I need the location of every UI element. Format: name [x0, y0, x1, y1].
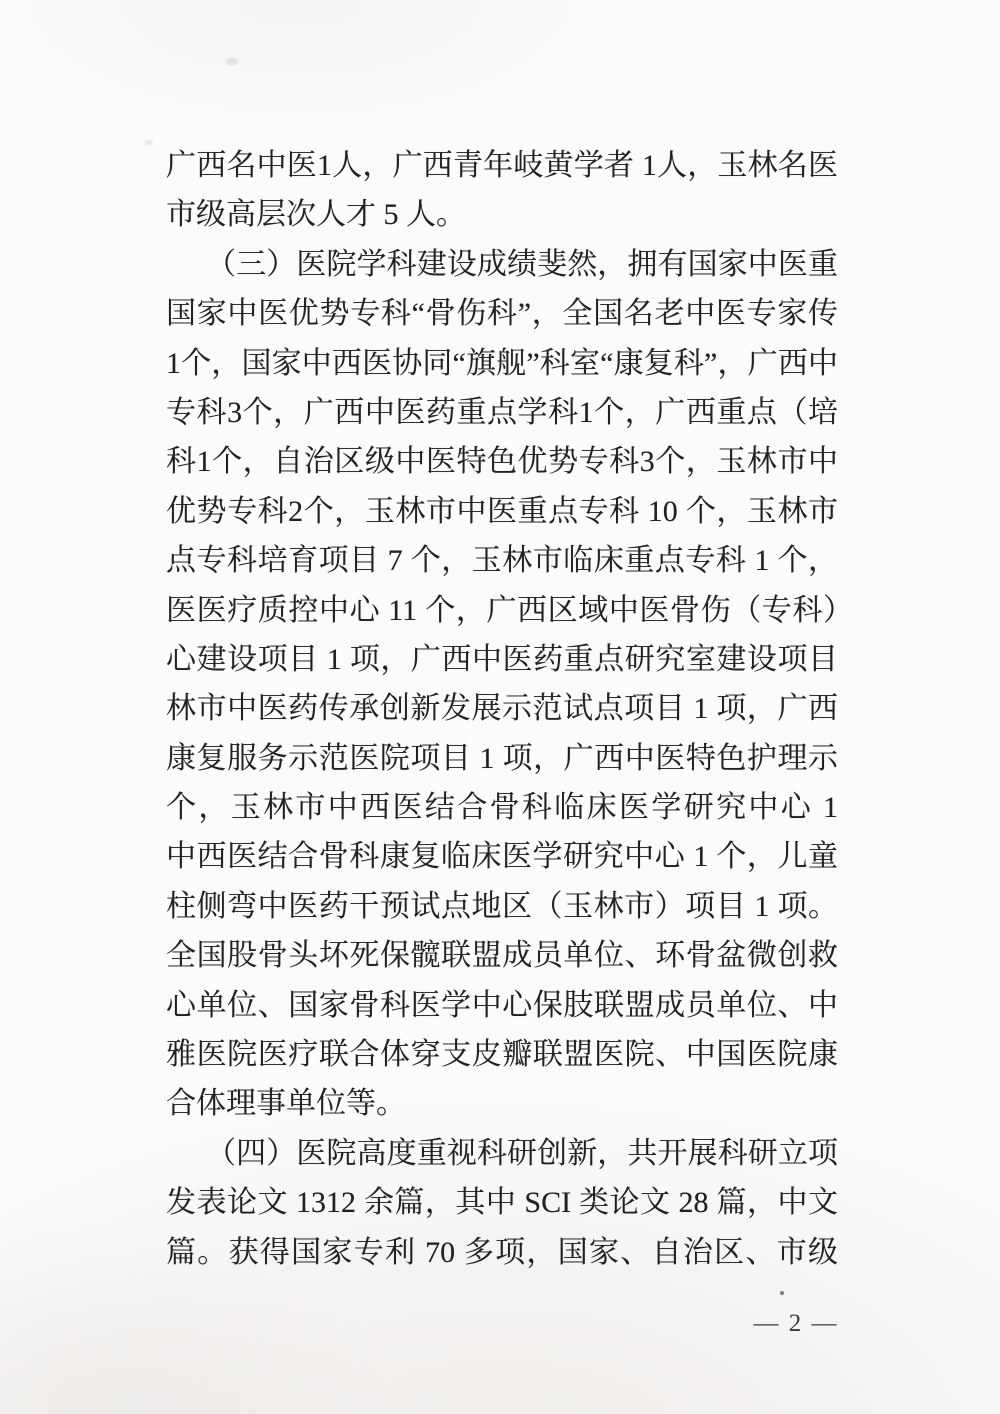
- text-line: 专科3个，广西中医药重点学科1个，广西重点（培育）学: [166, 388, 838, 437]
- text-line: 医医疗质控中心 11 个，广西区域中医骨伤（专科）诊疗中: [166, 586, 838, 635]
- text-line: 广西名中医1人，广西青年岐黄学者 1人，玉林名医5人，: [166, 141, 838, 190]
- text-line: 合体理事单位等。: [166, 1079, 838, 1128]
- text-line: 个，玉林市中西医结合骨科临床医学研究中心 1 个，玉林市: [166, 783, 838, 832]
- text-line: 优势专科2个，玉林市中医重点专科 10 个，玉林市中医重: [166, 487, 838, 536]
- text-line: 篇。获得国家专利 70 多项，国家、自治区、市级科学技术进: [166, 1228, 838, 1277]
- text-line: 国家中医优势专科“骨伤科”，全国名老中医专家传承工作室: [166, 289, 838, 338]
- scan-speck: [226, 58, 238, 65]
- text-line: 1个，国家中西医协同“旗舰”科室“康复科”，广西中医重点: [166, 339, 838, 388]
- text-line: 全国股骨头坏死保髋联盟成员单位、环骨盆微创救治联盟核: [166, 931, 838, 980]
- document-page: 广西名中医1人，广西青年岐黄学者 1人，玉林名医5人，市级高层次人才 5 人。（…: [0, 0, 1000, 1414]
- text-line: 柱侧弯中医药干预试点地区（玉林市）项目 1 项。医院入选: [166, 882, 838, 931]
- text-line: 科1个，自治区级中医特色优势专科3个，玉林市中医特色: [166, 437, 838, 486]
- scan-speck: [780, 1291, 784, 1295]
- text-line: 点专科培育项目 7 个，玉林市临床重点专科 1 个，玉林市中: [166, 536, 838, 585]
- page-number: — 2 —: [741, 1310, 851, 1338]
- text-line: （三）医院学科建设成绩斐然，拥有国家中医重点专科、: [166, 240, 838, 289]
- text-line: 中西医结合骨科康复临床医学研究中心 1 个，儿童青少年脊: [166, 832, 838, 881]
- text-line: 发表论文 1312 余篇，其中 SCI 类论文 28 篇，中文核心期刊 116: [166, 1178, 838, 1227]
- text-line: 雅医院医疗联合体穿支皮瓣联盟医院、中国医院康复医学联: [166, 1030, 838, 1079]
- text-line: 林市中医药传承创新发展示范试点项目 1 项，广西中医特色: [166, 684, 838, 733]
- text-line: （四）医院高度重视科研创新，共开展科研立项 211 项，: [166, 1129, 838, 1178]
- text-line: 心单位、国家骨科医学中心保肢联盟成员单位、中南大学湘: [166, 981, 838, 1030]
- text-line: 康复服务示范医院项目 1 项，广西中医特色护理示范病房 2: [166, 734, 838, 783]
- document-body: 广西名中医1人，广西青年岐黄学者 1人，玉林名医5人，市级高层次人才 5 人。（…: [166, 141, 838, 1277]
- text-line: 心建设项目 1 项，广西中医药重点研究室建设项目 1 项，玉: [166, 635, 838, 684]
- scan-speck: [144, 140, 153, 145]
- text-line: 市级高层次人才 5 人。: [166, 190, 838, 239]
